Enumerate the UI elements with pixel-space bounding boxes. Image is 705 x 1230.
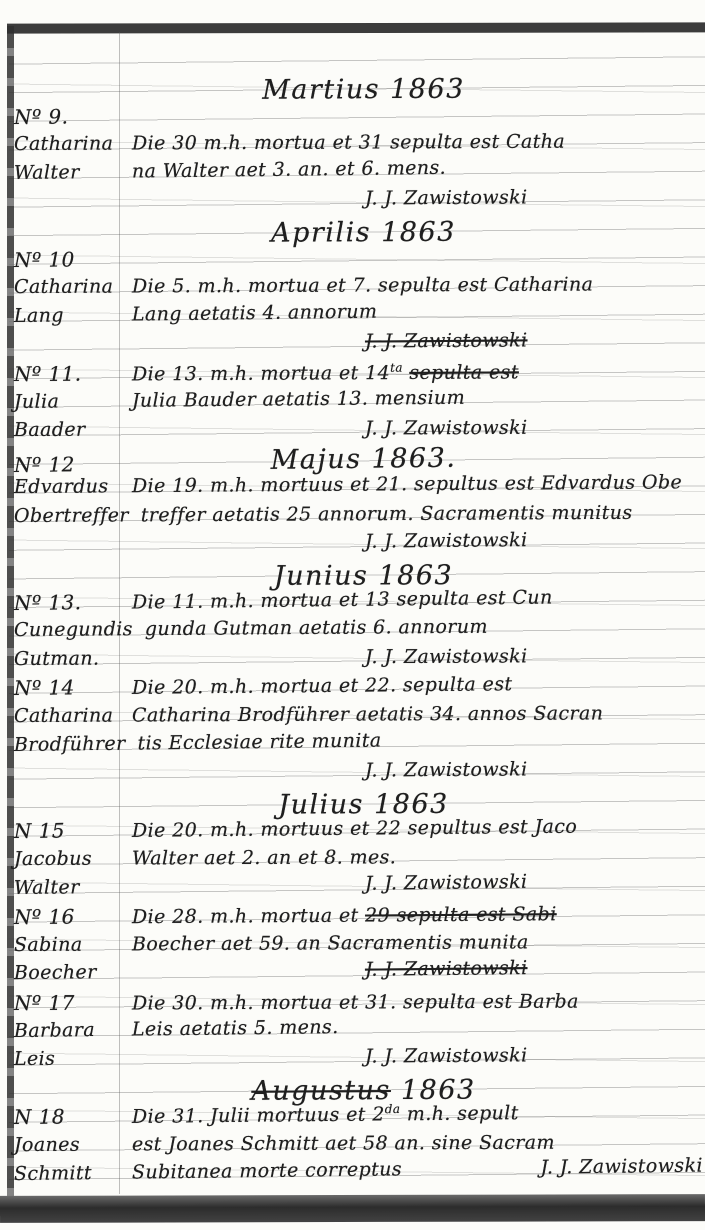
left-column: Baader	[14, 419, 120, 441]
text-segment: m.h. sepult	[400, 1103, 519, 1126]
main-column: Die 11. m.h. mortua et 13 sepulta est Cu…	[120, 584, 705, 613]
name-column-entry: Barbara	[14, 1019, 95, 1042]
entry-number: Nº 9.	[14, 104, 69, 129]
entry-number: Nº 13.	[14, 590, 82, 615]
main-column: Die 30. m.h. mortua et 31. sepulta est B…	[120, 990, 705, 1015]
left-column: Nº 11.	[14, 361, 120, 386]
register-line: Julia Julia Bauder aetatis 13. mensium	[14, 384, 705, 419]
name-column-entry: Catharina	[14, 705, 113, 727]
text-segment: da	[385, 1102, 401, 1116]
main-column: J. J. Zawistowski	[120, 186, 705, 212]
left-column: Schmitt	[14, 1161, 120, 1184]
register-line: J. J. Zawistowski	[14, 329, 705, 362]
name-column-entry: Schmitt	[14, 1162, 92, 1185]
left-column: N 18	[14, 1104, 120, 1129]
name-column-entry: Leis	[14, 1048, 55, 1070]
left-column: Barbara	[14, 1018, 120, 1041]
left-column: Cunegundis	[14, 618, 133, 641]
record-text: Walter aet 2. an et 8. mes.	[132, 846, 396, 869]
name-column-entry: Boecher	[14, 962, 97, 985]
main-column: Die 20. m.h. mortua et 22. sepulta est	[120, 672, 705, 700]
entry-number: N 18	[14, 1105, 65, 1129]
left-column	[14, 242, 120, 243]
main-column: Catharina Brodführer aetatis 34. annos S…	[120, 702, 705, 727]
main-column: Die 20. m.h. mortuus et 22 sepultus est …	[120, 815, 705, 843]
left-column: Boecher	[14, 961, 120, 984]
left-column	[14, 350, 120, 351]
entry-number: N 15	[14, 819, 65, 843]
scan-bottom-band	[0, 1194, 705, 1223]
main-column: J. J. Zawistowski	[120, 956, 705, 984]
register-line: Cunegundis gunda Gutman aetatis 6. annor…	[14, 614, 705, 647]
name-column-entry: Lang	[14, 304, 64, 327]
left-column: Obertreffer	[14, 504, 129, 527]
record-text: Leis aetatis 5. mens.	[132, 1016, 339, 1041]
record-text: Lang aetatis 4. annorum	[132, 300, 378, 325]
record-text: Die 19. m.h. mortuus et 21. sepultus est…	[132, 472, 682, 498]
entry-number: Nº 14	[14, 676, 75, 701]
register-line: N 15 Die 20. m.h. mortuus et 22 sepultus…	[14, 813, 705, 848]
left-column	[14, 99, 120, 100]
main-column: Walter aet 2. an et 8. mes.	[120, 845, 705, 870]
register-line: N 18 Die 31. Julii mortuus et 2da m.h. s…	[14, 1099, 705, 1134]
main-column: Boecher aet 59. an Sacramentis munita	[120, 930, 705, 955]
record-text: Die 30. m.h. mortua et 31. sepulta est B…	[132, 991, 579, 1015]
main-column	[120, 260, 705, 266]
priest-signature: J. J. Zawistowski	[365, 1045, 528, 1068]
main-column: Die 28. m.h. mortua et 29 sepulta est Sa…	[120, 902, 705, 928]
text-segment: 29 sepulta est Sabi	[365, 903, 557, 926]
register-line: J. J. Zawistowski	[14, 186, 705, 219]
record-text: Die 20. m.h. mortuus et 22 sepultus est …	[132, 816, 577, 842]
priest-signature: J. J. Zawistowski	[365, 187, 528, 210]
main-column	[120, 117, 705, 123]
main-column: est Joanes Schmitt aet 58 an. sine Sacra…	[120, 1131, 705, 1156]
name-column-entry: Brodführer	[14, 732, 126, 755]
left-column	[14, 814, 120, 815]
entry-number: Nº 12	[14, 452, 75, 477]
register-line: Nº 9.	[14, 98, 705, 133]
scanned-register-page: Martius 1863 Nº 9. Catharina Die 30 m.h.…	[0, 0, 705, 1230]
priest-signature: J. J. Zawistowski	[365, 529, 528, 553]
left-column	[14, 207, 120, 208]
left-column: Nº 9.	[14, 104, 120, 129]
record-text: Die 31. Julii mortuus et 2da m.h. sepult	[132, 1103, 519, 1129]
left-column: Lang	[14, 303, 120, 326]
main-column: J. J. Zawistowski	[120, 329, 705, 355]
left-column: Catharina	[14, 705, 120, 727]
priest-signature: J. J. Zawistowski	[365, 645, 528, 668]
name-column-entry: Catharina	[14, 133, 113, 155]
left-column: Sabina	[14, 933, 120, 956]
left-column: Walter	[14, 160, 120, 183]
left-column: Brodführer	[14, 732, 126, 755]
record-text: Die 28. m.h. mortua et 29 sepulta est Sa…	[132, 903, 557, 928]
priest-signature: J. J. Zawistowski	[365, 759, 528, 782]
entry-number: Nº 17	[14, 991, 75, 1015]
name-column-entry: Gutman.	[14, 647, 100, 669]
left-column	[14, 779, 120, 780]
name-column-entry: Walter	[14, 161, 80, 184]
record-text: Subitanea morte correptus	[132, 1158, 402, 1183]
left-column: Nº 12	[14, 451, 120, 476]
name-column-entry: Walter	[14, 876, 80, 899]
priest-signature: J. J. Zawistowski	[540, 1154, 705, 1178]
main-column: Die 31. Julii mortuus et 2da m.h. sepult	[120, 1099, 705, 1128]
record-text: gunda Gutman aetatis 6. annorum	[145, 616, 488, 640]
left-column: Catharina	[14, 133, 120, 155]
scan-top-band	[7, 22, 705, 33]
main-column: J. J. Zawistowski	[120, 416, 705, 441]
register-line: J. J. Zawistowski	[14, 757, 705, 790]
main-column: J. J. Zawistowski	[120, 757, 705, 783]
entry-number: Nº 16	[14, 905, 75, 929]
left-column: N 15	[14, 818, 120, 843]
text-segment: Die 13. m.h. mortua et 14	[132, 362, 390, 385]
left-column: Julia	[14, 390, 120, 413]
text-segment: Die 28. m.h. mortua et	[132, 905, 365, 929]
register-line: Boecher J. J. Zawistowski	[14, 956, 705, 991]
left-column	[14, 549, 120, 550]
month-heading: Majus 1863.	[270, 442, 456, 475]
main-column: Die 13. m.h. mortua et 14ta sepulta est	[120, 359, 705, 385]
name-column-entry: Joanes	[14, 1134, 80, 1156]
left-column: Nº 14	[14, 675, 120, 700]
main-column: J. J. Zawistowski	[120, 1043, 705, 1069]
left-column: Nº 10	[14, 247, 120, 272]
record-text: Die 13. m.h. mortua et 14ta sepulta est	[132, 361, 519, 385]
left-column	[14, 1100, 120, 1101]
name-column-entry: Julia	[14, 390, 60, 412]
name-column-entry: Obertreffer	[14, 504, 129, 527]
left-column: Gutman.	[14, 647, 120, 670]
main-column: gunda Gutman aetatis 6. annorum	[133, 614, 705, 640]
register-line: Nº 10	[14, 241, 705, 276]
priest-signature: J. J. Zawistowski	[365, 957, 528, 981]
left-column: Edvardus	[14, 476, 120, 499]
left-column: Catharina	[14, 276, 120, 298]
priest-signature: J. J. Zawistowski	[365, 330, 528, 353]
register-line: Edvardus Die 19. m.h. mortuus et 21. sep…	[14, 471, 705, 504]
priest-signature: J. J. Zawistowski	[365, 417, 528, 440]
main-column: J. J. Zawistowski	[120, 644, 705, 669]
register-entries: Martius 1863 Nº 9. Catharina Die 30 m.h.…	[14, 76, 705, 1191]
left-column: Nº 16	[14, 904, 120, 929]
register-line: Nº 14 Die 20. m.h. mortua et 22. sepulta…	[14, 670, 705, 705]
record-text: Die 11. m.h. mortua et 13 sepulta est Cu…	[132, 586, 553, 613]
name-column-entry: Sabina	[14, 933, 83, 955]
name-column-entry: Baader	[14, 419, 86, 441]
register-line: Leis J. J. Zawistowski	[14, 1043, 705, 1076]
record-text: Die 20. m.h. mortua et 22. sepulta est	[132, 674, 513, 700]
main-column: treffer aetatis 25 annorum. Sacramentis …	[129, 501, 705, 526]
main-column: Die 19. m.h. mortuus et 21. sepultus est…	[120, 471, 705, 497]
entry-number: Nº 11.	[14, 362, 82, 386]
record-text: Die 30 m.h. mortua et 31 sepulta est Cat…	[132, 131, 565, 155]
left-column: Nº 17	[14, 991, 120, 1015]
name-column-entry: Catharina	[14, 276, 113, 298]
record-text: Julia Bauder aetatis 13. mensium	[132, 386, 465, 411]
record-text: est Joanes Schmitt aet 58 an. sine Sacra…	[132, 1132, 555, 1156]
left-column: Joanes	[14, 1134, 120, 1156]
register-line: J. J. Zawistowski	[14, 527, 705, 562]
record-text: na Walter aet 3. an. et 6. mens.	[132, 157, 446, 183]
record-text: tis Ecclesiae rite munita	[137, 729, 381, 754]
text-segment: ta	[390, 361, 403, 375]
left-column: Leis	[14, 1047, 120, 1070]
name-column-entry: Cunegundis	[14, 618, 133, 641]
name-column-entry: Jacobus	[14, 848, 92, 870]
left-column: Jacobus	[14, 848, 120, 870]
register-line: Nº 16 Die 28. m.h. mortua et 29 sepulta …	[14, 900, 705, 933]
main-column: Die 5. m.h. mortua et 7. sepulta est Cat…	[120, 273, 705, 298]
record-text: Die 5. m.h. mortua et 7. sepulta est Cat…	[132, 274, 593, 298]
text-segment: sepulta est	[409, 361, 519, 384]
text-segment: Die 31. Julii mortuus et 2	[132, 1104, 385, 1128]
record-text: treffer aetatis 25 annorum. Sacramentis …	[141, 502, 633, 527]
main-column: Die 30 m.h. mortua et 31 sepulta est Cat…	[120, 130, 705, 155]
left-column: Nº 13.	[14, 589, 120, 614]
entry-number: Nº 10	[14, 247, 75, 272]
priest-signature: J. J. Zawistowski	[365, 870, 528, 894]
record-text: Boecher aet 59. an Sacramentis munita	[132, 931, 529, 955]
left-column: Walter	[14, 875, 120, 898]
record-text: Catharina Brodführer aetatis 34. annos S…	[132, 702, 603, 726]
main-column: Subitanea morte correptus	[120, 1158, 402, 1183]
name-column-entry: Edvardus	[14, 476, 109, 499]
